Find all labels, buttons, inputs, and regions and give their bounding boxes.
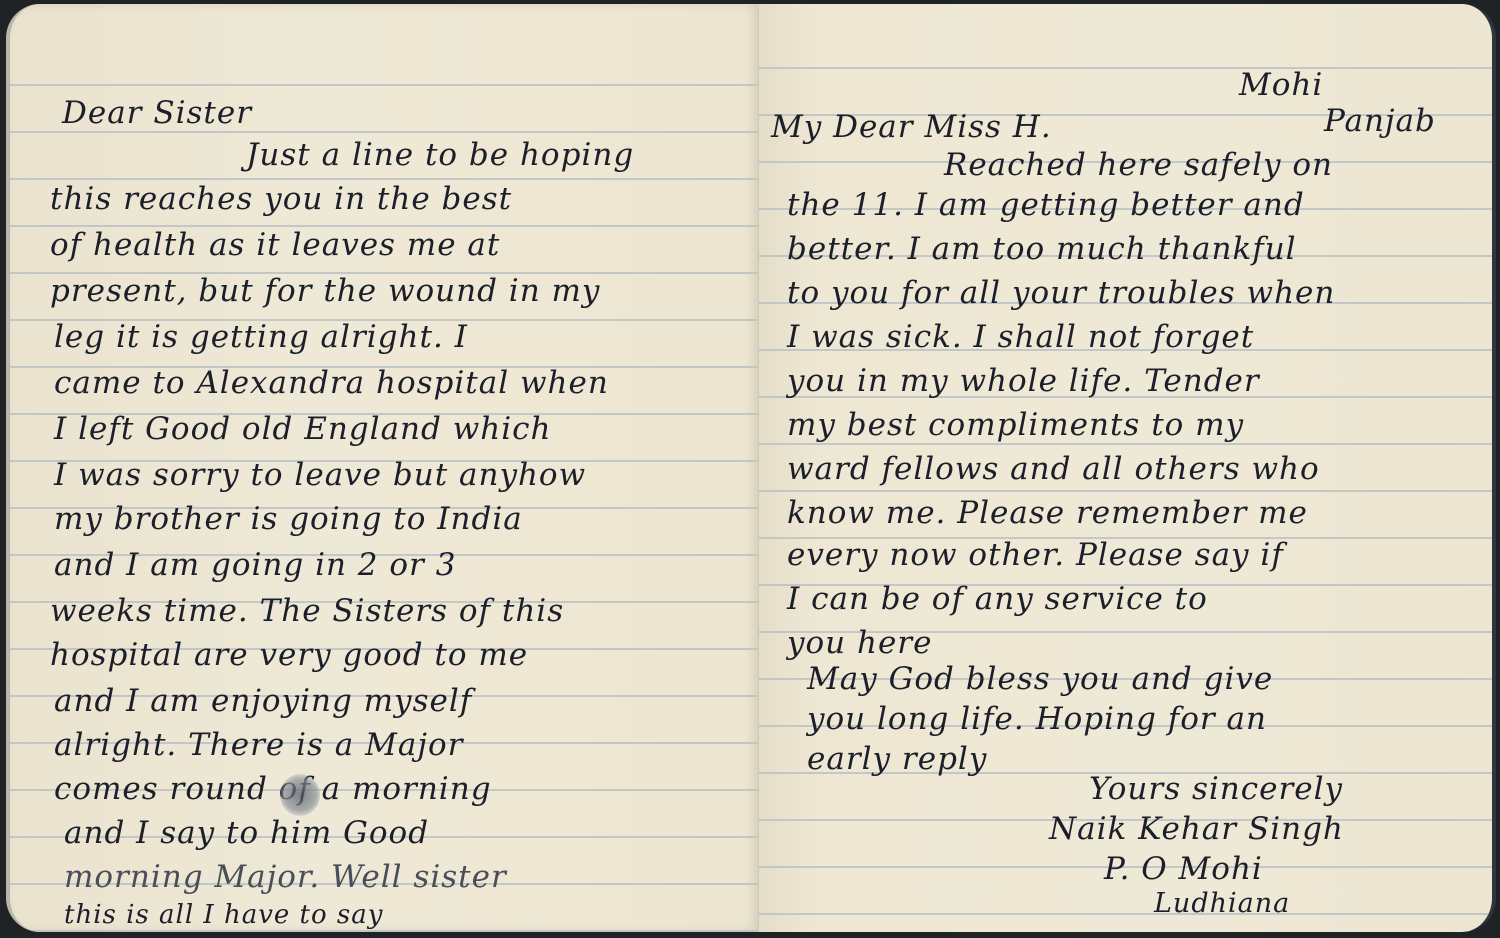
right-line: I was sick. I shall not forget [787,322,1254,353]
signature: Naik Kehar Singh [1049,814,1344,845]
right-line: the 11. I am getting better and [787,190,1305,221]
left-line: I was sorry to leave but anyhow [54,460,586,491]
right-line: Reached here safely on [944,150,1333,181]
ink-blot [280,774,320,816]
left-line: leg it is getting alright. I [54,322,468,353]
closing: Yours sincerely [1089,774,1343,805]
left-line: hospital are very good to me [50,640,528,671]
right-line: every now other. Please say if [787,540,1284,571]
right-line: my best compliments to my [787,410,1244,441]
left-line: alright. There is a Major [54,730,463,761]
left-line: came to Alexandra hospital when [54,368,609,399]
right-line: better. I am too much thankful [787,234,1297,265]
place-line-1: Mohi [1239,70,1323,101]
left-line: I left Good old England which [54,414,551,445]
right-line: early reply [807,744,987,775]
right-line: know me. Please remember me [787,498,1308,529]
left-line: of health as it leaves me at [50,230,500,261]
address-line: P. O Mohi [1104,854,1263,885]
address-line: Ludhiana [1154,890,1290,917]
place-line-2: Panjab [1324,106,1436,137]
left-line: and I am going in 2 or 3 [54,550,456,581]
right-line: you long life. Hoping for an [807,704,1267,735]
left-line: morning Major. Well sister [64,862,507,893]
left-line: Just a line to be hoping [246,140,634,171]
right-page: Mohi Panjab My Dear Miss H. Reached here… [759,4,1496,932]
left-salutation: Dear Sister [62,98,252,129]
left-line: comes round of a morning [54,774,492,805]
left-line: this is all I have to say [64,902,383,928]
left-line: present, but for the wound in my [50,276,600,307]
notebook-spread: Dear Sister Just a line to be hoping thi… [6,4,1496,932]
right-line: I can be of any service to [787,584,1208,615]
left-line: my brother is going to India [54,504,523,535]
left-line: weeks time. The Sisters of this [50,596,564,627]
right-salutation: My Dear Miss H. [771,112,1052,143]
right-line: you in my whole life. Tender [787,366,1260,397]
right-line: to you for all your troubles when [787,278,1335,309]
left-page: Dear Sister Just a line to be hoping thi… [6,4,759,932]
right-line: ward fellows and all others who [787,454,1320,485]
left-line: this reaches you in the best [50,184,512,215]
right-line: you here [787,628,932,659]
left-line: and I say to him Good [64,818,429,849]
left-line: and I am enjoying myself [54,686,472,717]
right-line: May God bless you and give [807,664,1273,695]
